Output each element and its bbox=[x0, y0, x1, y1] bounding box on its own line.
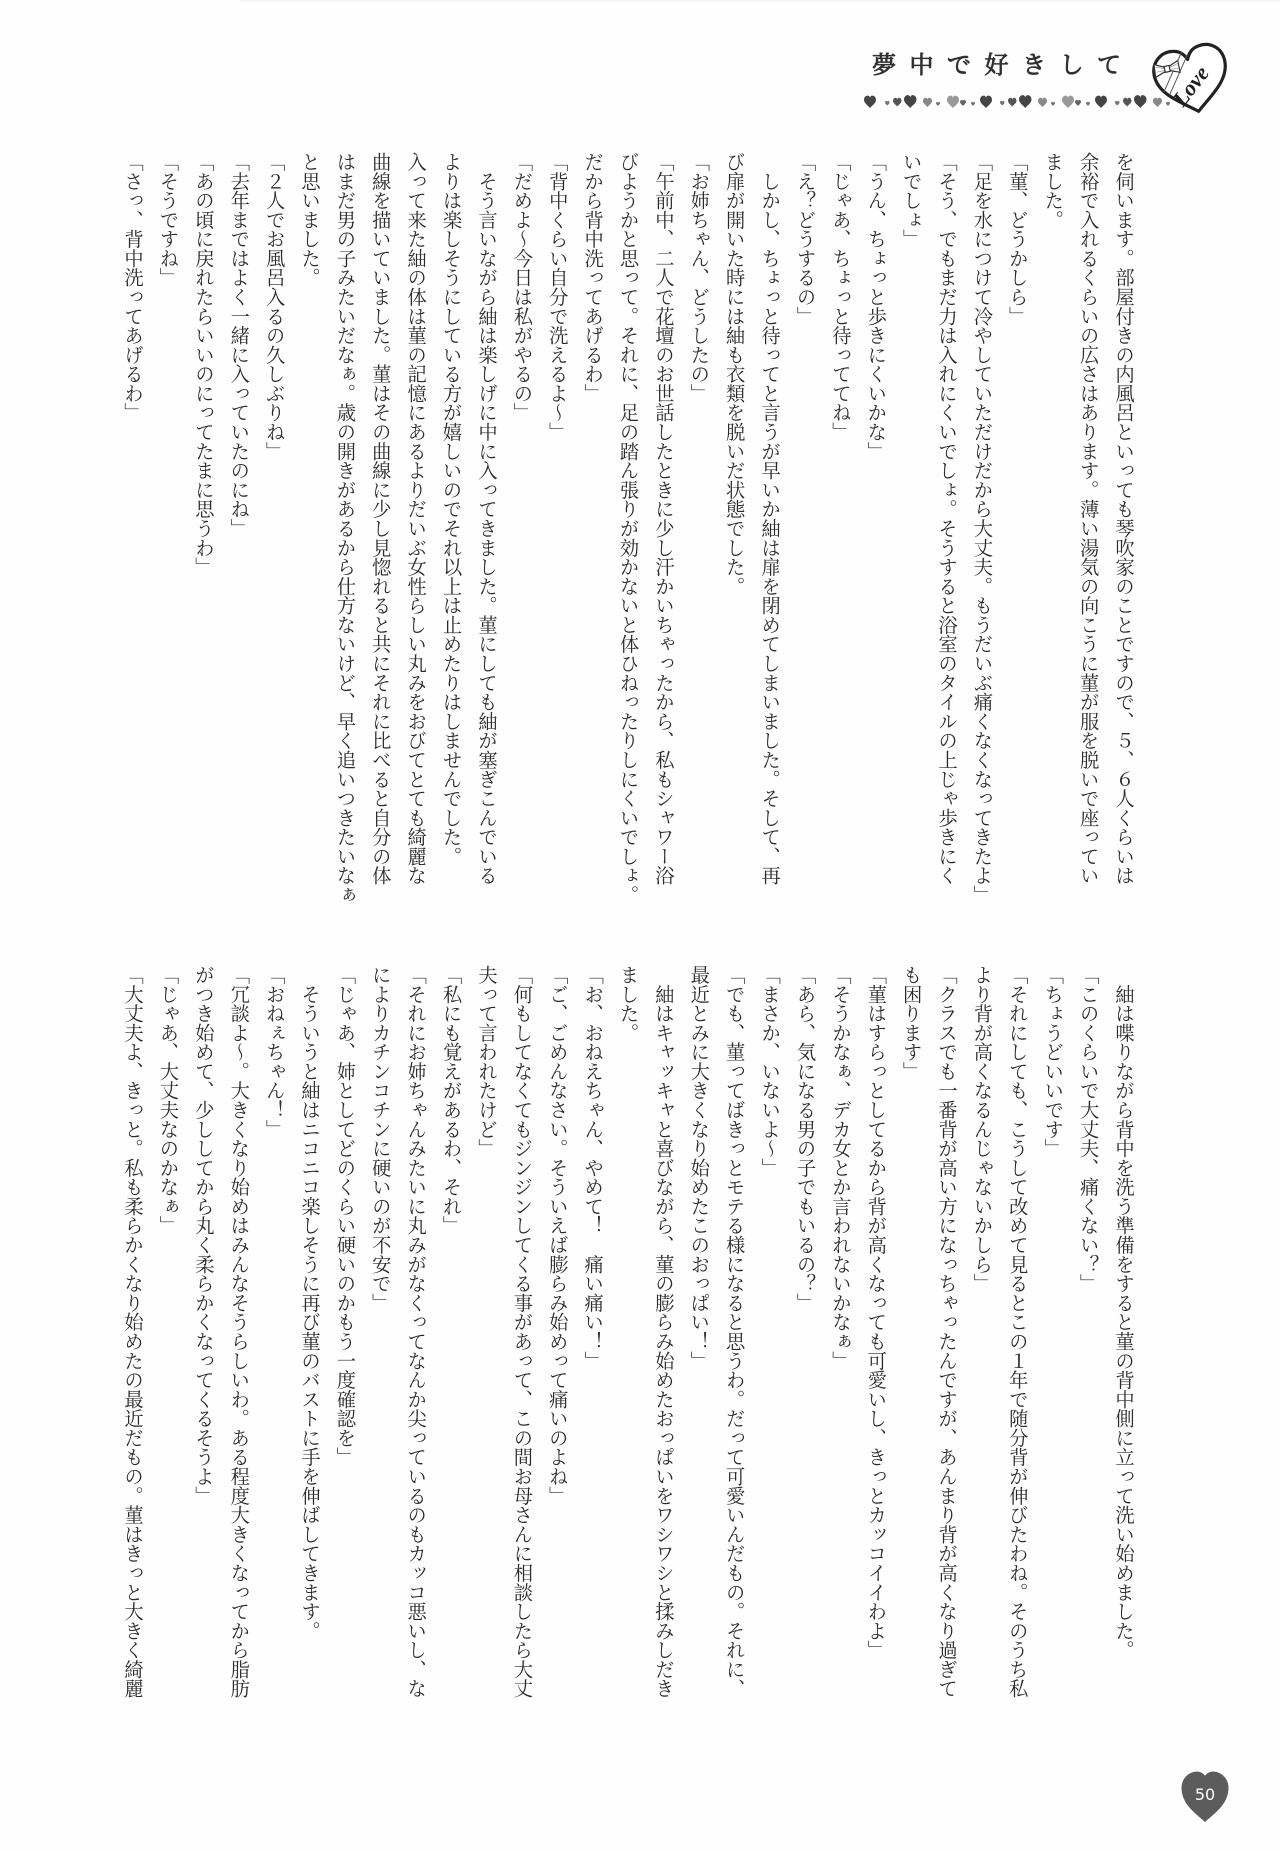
text-column: より背が高くなるんじゃないかしら」 bbox=[964, 965, 999, 1727]
heart-icon-group bbox=[864, 95, 1170, 108]
text-column: 「あの頃に戻れたらいいのにってたまに思うわ」 bbox=[185, 152, 220, 914]
text-column: だから背中洗ってあげるわ」 bbox=[575, 152, 610, 914]
text-block-lower: 紬は喋りながら背中を洗う準備をすると菫の背中側に立って洗い始めました。 「このく… bbox=[114, 965, 1141, 1727]
text-column: 「お姉ちゃん、どうしたの」 bbox=[681, 152, 716, 914]
text-column: 「大丈夫よ、きっと。私も柔らかくなり始めたの最近だもの。菫はきっと大きく綺麗 bbox=[115, 965, 150, 1727]
text-column: も困ります」 bbox=[893, 965, 928, 1727]
text-column: 最近とみに大きくなり始めたこのおっぱい！」 bbox=[681, 965, 716, 1727]
text-column: そう言いながら紬は楽しげに中に入ってきました。菫にしても紬が塞ぎこんでいる bbox=[469, 152, 504, 914]
text-column: 「足を水につけて冷やしていただけだから大丈夫。もうだいぶ痛くなくなってきたよ」 bbox=[964, 152, 999, 914]
text-column: 「２人でお風呂入るの久しぶりね」 bbox=[256, 152, 291, 914]
text-column: しかし、ちょっと待ってと言うが早いか紬は扉を閉めてしまいました。そして、再 bbox=[752, 152, 787, 914]
text-column: ました。 bbox=[1035, 152, 1070, 914]
text-column: 「背中くらい自分で洗えるよ～」 bbox=[539, 152, 574, 914]
text-column: 「うん、ちょっと歩きにくいかな」 bbox=[858, 152, 893, 914]
text-column: 「ご、ごめんなさい。そういえば膨らみ始めって痛いのよね」 bbox=[539, 965, 574, 1727]
text-column: 「それにしても、こうして改めて見るとこの１年で随分背が伸びたわね。そのうち私 bbox=[999, 965, 1034, 1727]
text-column: によりカチンコチンに硬いのが不安で」 bbox=[362, 965, 397, 1727]
text-column: 「じゃあ、姉としてどのくらい硬いのかもう一度確認を」 bbox=[327, 965, 362, 1727]
text-column: 「午前中、二人で花壇のお世話したときに少し汗かいちゃったから、私もシャワー浴 bbox=[646, 152, 681, 914]
page-number-badge: 50 bbox=[1178, 1768, 1232, 1824]
text-column: 「さっ、背中洗ってあげるわ」 bbox=[115, 152, 150, 914]
text-column: び扉が開いた時には紬も衣類を脱いだ状態でした。 bbox=[716, 152, 751, 914]
text-column: と思いました。 bbox=[292, 152, 327, 914]
text-column: 「おねぇちゃん！」 bbox=[256, 965, 291, 1727]
text-column: 夫って言われたけど」 bbox=[469, 965, 504, 1727]
text-column: はまだ男の子みたいだなぁ。歳の開きがあるから仕方ないけど、早く追いつきたいなぁ bbox=[327, 152, 362, 914]
text-column: 「菫、どうかしら」 bbox=[999, 152, 1034, 914]
text-column: 「何もしてなくてもジンジンしてくる事があって、この間お母さんに相談したら大丈 bbox=[504, 965, 539, 1727]
text-column: そういうと紬はニコニコ楽しそうに再び菫のバストに手を伸ばしてきます。 bbox=[292, 965, 327, 1727]
text-column: 「でも、菫ってばきっとモテる様になると思うわ。だって可愛いんだもの。それに、 bbox=[716, 965, 751, 1727]
text-column: 「このくらいで大丈夫、痛くない？」 bbox=[1070, 965, 1105, 1727]
text-column: びようかと思って。それに、足の踏ん張りが効かないと体ひねったりしにくいでしょ。 bbox=[610, 152, 645, 914]
love-heart-logo: Love bbox=[1148, 42, 1236, 118]
text-column: 曲線を描いていました。菫はその曲線に少し見惚れると共にそれに比べると自分の体 bbox=[362, 152, 397, 914]
scan-edge-artifact bbox=[240, 0, 1280, 3]
text-column: 「じゃあ、ちょっと待っててね」 bbox=[822, 152, 857, 914]
page-number-text: 50 bbox=[1195, 1785, 1215, 1804]
text-column: 「そうかなぁ、デカ女とか言われないかなぁ」 bbox=[822, 965, 857, 1727]
text-block-upper: を伺います。部屋付きの内風呂といっても琴吹家のことですので、５、６人くらいは 余… bbox=[114, 152, 1141, 914]
text-column: 「ちょうどいいです」 bbox=[1035, 965, 1070, 1727]
text-column: がつき始めて、少ししてから丸く柔らかくなってくるそうよ」 bbox=[185, 965, 220, 1727]
heart-row-decoration bbox=[862, 94, 1172, 110]
text-column: 「去年まではよく一緒に入っていたのにね」 bbox=[221, 152, 256, 914]
text-column: 紬は喋りながら背中を洗う準備をすると菫の背中側に立って洗い始めました。 bbox=[1106, 965, 1141, 1727]
text-column: よりは楽しそうにしている方が嬉しいのでそれ以上は止めたりはしませんでした。 bbox=[433, 152, 468, 914]
text-column: 「だめよ～今日は私がやるの」 bbox=[504, 152, 539, 914]
text-column: 「それにお姉ちゃんみたいに丸みがなくってなんか尖っているのもカッコ悪いし、な bbox=[398, 965, 433, 1727]
text-column: 「そう、でもまだ力は入れにくいでしょ。そうすると浴室のタイルの上じゃ歩きにく bbox=[929, 152, 964, 914]
text-column: 「え？どうするの」 bbox=[787, 152, 822, 914]
text-column: を伺います。部屋付きの内風呂といっても琴吹家のことですので、５、６人くらいは bbox=[1106, 152, 1141, 914]
text-column: 「まさか、いないよ～」 bbox=[752, 965, 787, 1727]
text-column: 入って来た紬の体は菫の記憶にあるよりだいぶ女性らしい丸みをおびてとても綺麗な bbox=[398, 152, 433, 914]
text-column: いでしょ」 bbox=[893, 152, 928, 914]
text-column: 「お、おねえちゃん、やめて！ 痛い痛い！」 bbox=[575, 965, 610, 1727]
text-column: 「私にも覚えがあるわ、それ」 bbox=[433, 965, 468, 1727]
text-column: 「じゃあ、大丈夫なのかなぁ」 bbox=[150, 965, 185, 1727]
running-header-title: 夢中で好きして bbox=[872, 50, 1135, 80]
text-column: 「菫はすらっとしてるから背が高くなっても可愛いし、きっとカッコイイわよ」 bbox=[858, 965, 893, 1727]
text-column: 「冗談よ～。大きくなり始めはみんなそうらしいわ。ある程度大きくなってから脂肪 bbox=[221, 965, 256, 1727]
text-column: 「あら、気になる男の子でもいるの？」 bbox=[787, 965, 822, 1727]
text-column: 余裕で入れるくらいの広さはあります。薄い湯気の向こうに菫が服を脱いで座ってい bbox=[1070, 152, 1105, 914]
text-column: ました。 bbox=[610, 965, 645, 1727]
text-column: 「クラスでも一番背が高い方になっちゃったんですが、あんまり背が高くなり過ぎて bbox=[929, 965, 964, 1727]
text-column: 紬はキャッキャと喜びながら、菫の膨らみ始めたおっぱいをワシワシと揉みしだき bbox=[646, 965, 681, 1727]
text-column: 「そうですね」 bbox=[150, 152, 185, 914]
